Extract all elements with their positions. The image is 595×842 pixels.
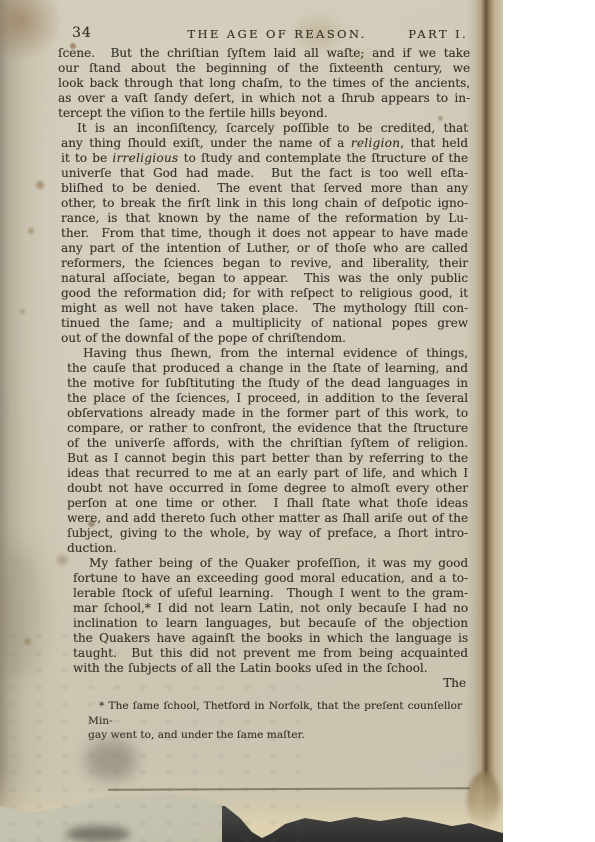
text-line: ſubject, giving to the whole, by way of … (67, 526, 468, 541)
book-page: 34 THE AGE OF REASON. PART I. ſcene. But… (0, 0, 503, 842)
text-line: rance, is that known by the name of the … (61, 211, 468, 226)
text-line: reformers, the ſciences began to revive,… (61, 256, 468, 271)
folio-number: 34 (72, 25, 92, 41)
paragraph: It is an inconſiſtency, ſcarcely poſſibl… (61, 121, 468, 346)
catchword: The (58, 676, 470, 691)
text-line: taught. But this did not prevent me from… (73, 646, 468, 661)
footnote-line: * The ſame ſchool, Thetford in Norfolk, … (88, 699, 462, 728)
running-header: 34 THE AGE OF REASON. PART I. (58, 25, 468, 43)
text-line: look back through that long chaſm, to th… (58, 76, 470, 91)
text-line: mar ſchool,* I did not learn Latin, not … (73, 601, 468, 616)
text-line: fortune to have an exceeding good moral … (73, 571, 468, 586)
text-line: ideas that recurred to me at an early pa… (67, 466, 468, 481)
book-page-scan: 34 THE AGE OF REASON. PART I. ſcene. But… (0, 0, 595, 842)
text-line: lerable ſtock of uſeful learning. Though… (73, 586, 468, 601)
text-line: might as well not have taken place. The … (61, 301, 468, 316)
text-line: natural aſſociate, began to appear. This… (61, 271, 468, 286)
text-line: our ſtand about the beginning of the ſix… (58, 61, 470, 76)
text-line: other, to break the firſt link in this l… (61, 196, 468, 211)
text-line: bliſhed to be denied. The event that ſer… (61, 181, 468, 196)
text-line: ſcene. But the chriſtian ſyſtem laid all… (58, 46, 470, 61)
paragraph: My father being of the Quaker profeſſion… (73, 556, 468, 676)
text-line: doubt not have occurred in ſome degree t… (67, 481, 468, 496)
text-line: ther. From that time, though it does not… (61, 226, 468, 241)
text-line: of the univerſe affords, with the chriſt… (67, 436, 468, 451)
text-line: the Quakers have againſt the books in wh… (73, 631, 468, 646)
text-line: obſervations already made in the former … (67, 406, 468, 421)
footnote: * The ſame ſchool, Thetford in Norfolk, … (88, 699, 462, 743)
text-line: compare, or rather to confront, the evid… (67, 421, 468, 436)
text-line: But as I cannot begin this part better t… (67, 451, 468, 466)
text-line: perſon at one time or other. I ſhall ſta… (67, 496, 468, 511)
text-line: it to be irreligious to ſtudy and contem… (61, 151, 468, 166)
text-line: the motive for ſubſtituting the ſtudy of… (67, 376, 468, 391)
text-line: tercept the viſion to the fertile hills … (58, 106, 470, 121)
text-line: tinued the ſame; and a multiplicity of n… (61, 316, 468, 331)
page-fold-edge (466, 0, 503, 842)
text-line: as over a vaſt ſandy deſert, in which no… (58, 91, 470, 106)
text-line: Having thus ſhewn, from the internal evi… (67, 346, 468, 361)
body-text: ſcene. But the chriſtian ſyſtem laid all… (58, 46, 470, 691)
text-line: any thing ſhould exiſt, under the name o… (61, 136, 468, 151)
text-line: univerſe that God had made. But the fact… (61, 166, 468, 181)
text-line: were, and add thereto ſuch other matter … (67, 511, 468, 526)
paragraph: ſcene. But the chriſtian ſyſtem laid all… (58, 46, 470, 121)
running-title: THE AGE OF REASON. (187, 27, 366, 41)
paragraph: Having thus ſhewn, from the internal evi… (67, 346, 468, 556)
text-line: good the reformation did; for with reſpe… (61, 286, 468, 301)
screenshot-root: { "colors": { "background": "#ffffff", "… (0, 0, 595, 842)
part-label: PART I. (408, 27, 468, 41)
text-line: My father being of the Quaker profeſſion… (73, 556, 468, 571)
text-line: It is an inconſiſtency, ſcarcely poſſibl… (61, 121, 468, 136)
footnote-line: gay went to, and under the ſame maſter. (88, 728, 462, 743)
text-line: out of the downfal of the pope of chriſt… (61, 331, 468, 346)
text-line: inclination to learn languages, but beca… (73, 616, 468, 631)
text-line: duction. (67, 541, 468, 556)
text-line: the cauſe that produced a change in the … (67, 361, 468, 376)
text-line: with the ſubjects of all the Latin books… (73, 661, 468, 676)
text-line: any part of the intention of Luther, or … (61, 241, 468, 256)
text-line: the place of the ſciences, I proceed, in… (67, 391, 468, 406)
